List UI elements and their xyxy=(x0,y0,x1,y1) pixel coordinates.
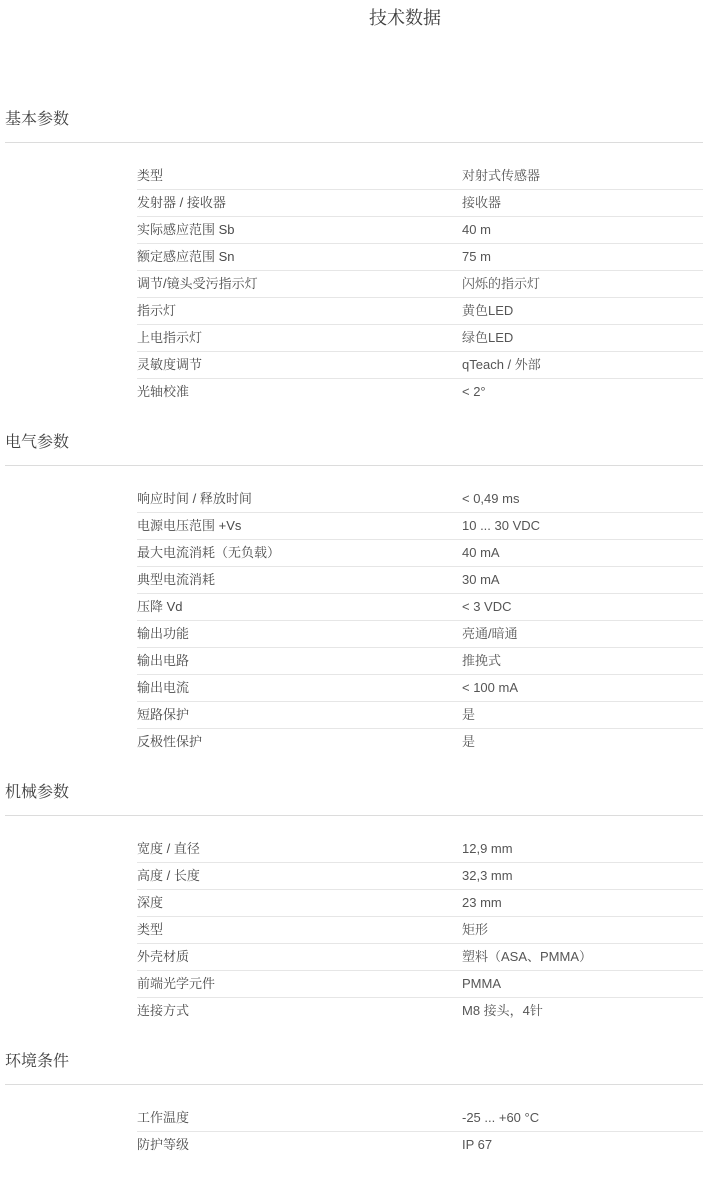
page-title: 技术数据 xyxy=(56,8,708,29)
spec-table: 宽度 / 直径12,9 mm高度 / 长度32,3 mm深度23 mm类型矩形外… xyxy=(137,836,703,1024)
spec-row-value: 40 m xyxy=(462,222,703,237)
spec-row-value: 40 mA xyxy=(462,545,703,560)
spec-row-label: 上电指示灯 xyxy=(137,330,462,345)
spec-row-value: 接收器 xyxy=(462,195,703,210)
spec-row-label: 调节/镜头受污指示灯 xyxy=(137,276,462,291)
spec-row-label: 光轴校准 xyxy=(137,384,462,399)
spec-row-label: 外壳材质 xyxy=(137,949,462,964)
spec-row-value: -25 ... +60 °C xyxy=(462,1110,703,1125)
spec-row-value: IP 67 xyxy=(462,1137,703,1152)
spec-section: 机械参数宽度 / 直径12,9 mm高度 / 长度32,3 mm深度23 mm类… xyxy=(5,783,703,1024)
spec-row-label: 输出电流 xyxy=(137,680,462,695)
spec-row-label: 响应时间 / 释放时间 xyxy=(137,491,462,506)
spec-row-value: 75 m xyxy=(462,249,703,264)
spec-row-value: 10 ... 30 VDC xyxy=(462,518,703,533)
section-heading: 电气参数 xyxy=(5,433,703,452)
spec-section: 环境条件工作温度-25 ... +60 °C防护等级IP 67 xyxy=(5,1052,703,1158)
section-heading: 机械参数 xyxy=(5,783,703,802)
spec-row-value: 矩形 xyxy=(462,922,703,937)
spec-row-label: 前端光学元件 xyxy=(137,976,462,991)
spec-row-label: 电源电压范围 +Vs xyxy=(137,518,462,533)
spec-table: 类型对射式传感器发射器 / 接收器接收器实际感应范围 Sb40 m额定感应范围 … xyxy=(137,163,703,405)
spec-table: 响应时间 / 释放时间< 0,49 ms电源电压范围 +Vs10 ... 30 … xyxy=(137,486,703,755)
spec-row: 响应时间 / 释放时间< 0,49 ms xyxy=(137,486,703,513)
spec-row-value: 32,3 mm xyxy=(462,868,703,883)
sections-container: 基本参数类型对射式传感器发射器 / 接收器接收器实际感应范围 Sb40 m额定感… xyxy=(5,110,703,1158)
spec-row-value: 30 mA xyxy=(462,572,703,587)
spec-row-value: PMMA xyxy=(462,976,703,991)
spec-row: 灵敏度调节qTeach / 外部 xyxy=(137,352,703,379)
spec-row: 防护等级IP 67 xyxy=(137,1132,703,1158)
spec-row-value: < 100 mA xyxy=(462,680,703,695)
spec-row: 高度 / 长度32,3 mm xyxy=(137,863,703,890)
spec-row-value: < 3 VDC xyxy=(462,599,703,614)
spec-row: 连接方式M8 接头，4针 xyxy=(137,998,703,1024)
spec-row-label: 指示灯 xyxy=(137,303,462,318)
spec-row: 输出电路推挽式 xyxy=(137,648,703,675)
spec-row: 调节/镜头受污指示灯闪烁的指示灯 xyxy=(137,271,703,298)
spec-row-label: 类型 xyxy=(137,922,462,937)
spec-row: 深度23 mm xyxy=(137,890,703,917)
spec-row-label: 连接方式 xyxy=(137,1003,462,1018)
spec-row-value: 12,9 mm xyxy=(462,841,703,856)
spec-section: 电气参数响应时间 / 释放时间< 0,49 ms电源电压范围 +Vs10 ...… xyxy=(5,433,703,755)
spec-row: 最大电流消耗（无负载）40 mA xyxy=(137,540,703,567)
spec-row-value: 23 mm xyxy=(462,895,703,910)
spec-row-value: 亮通/暗通 xyxy=(462,626,703,641)
spec-row: 发射器 / 接收器接收器 xyxy=(137,190,703,217)
spec-row-label: 输出功能 xyxy=(137,626,462,641)
spec-row: 宽度 / 直径12,9 mm xyxy=(137,836,703,863)
spec-row-label: 防护等级 xyxy=(137,1137,462,1152)
spec-row: 输出功能亮通/暗通 xyxy=(137,621,703,648)
spec-row-label: 典型电流消耗 xyxy=(137,572,462,587)
spec-row-value: 推挽式 xyxy=(462,653,703,668)
spec-row-value: 是 xyxy=(462,707,703,722)
spec-row: 前端光学元件PMMA xyxy=(137,971,703,998)
spec-row-label: 深度 xyxy=(137,895,462,910)
spec-row-value: 塑料（ASA、PMMA） xyxy=(462,949,703,964)
spec-row-label: 宽度 / 直径 xyxy=(137,841,462,856)
spec-row-label: 输出电路 xyxy=(137,653,462,668)
spec-row: 类型对射式传感器 xyxy=(137,163,703,190)
spec-row-value: 黄色LED xyxy=(462,303,703,318)
section-divider xyxy=(5,1084,703,1085)
spec-row-value: M8 接头，4针 xyxy=(462,1003,703,1018)
section-heading: 基本参数 xyxy=(5,110,703,129)
spec-row-label: 类型 xyxy=(137,168,462,183)
spec-row: 指示灯黄色LED xyxy=(137,298,703,325)
spec-row-value: < 2° xyxy=(462,384,703,399)
spec-table: 工作温度-25 ... +60 °C防护等级IP 67 xyxy=(137,1105,703,1158)
spec-row: 反极性保护是 xyxy=(137,729,703,755)
spec-row: 电源电压范围 +Vs10 ... 30 VDC xyxy=(137,513,703,540)
spec-row-label: 额定感应范围 Sn xyxy=(137,249,462,264)
section-divider xyxy=(5,465,703,466)
spec-row: 典型电流消耗30 mA xyxy=(137,567,703,594)
spec-row-label: 工作温度 xyxy=(137,1110,462,1125)
spec-row-value: 绿色LED xyxy=(462,330,703,345)
spec-row: 额定感应范围 Sn75 m xyxy=(137,244,703,271)
spec-row: 输出电流< 100 mA xyxy=(137,675,703,702)
spec-row-value: 闪烁的指示灯 xyxy=(462,276,703,291)
section-divider xyxy=(5,142,703,143)
spec-row: 类型矩形 xyxy=(137,917,703,944)
spec-row: 工作温度-25 ... +60 °C xyxy=(137,1105,703,1132)
technical-data-page: 技术数据 基本参数类型对射式传感器发射器 / 接收器接收器实际感应范围 Sb40… xyxy=(0,8,708,1198)
spec-row-label: 反极性保护 xyxy=(137,734,462,749)
spec-section: 基本参数类型对射式传感器发射器 / 接收器接收器实际感应范围 Sb40 m额定感… xyxy=(5,110,703,405)
spec-row-label: 实际感应范围 Sb xyxy=(137,222,462,237)
spec-row: 短路保护是 xyxy=(137,702,703,729)
spec-row-value: 对射式传感器 xyxy=(462,168,703,183)
spec-row: 上电指示灯绿色LED xyxy=(137,325,703,352)
spec-row-label: 短路保护 xyxy=(137,707,462,722)
spec-row-value: qTeach / 外部 xyxy=(462,357,703,372)
spec-row: 实际感应范围 Sb40 m xyxy=(137,217,703,244)
section-heading: 环境条件 xyxy=(5,1052,703,1071)
spec-row: 压降 Vd< 3 VDC xyxy=(137,594,703,621)
spec-row-value: 是 xyxy=(462,734,703,749)
spec-row-label: 发射器 / 接收器 xyxy=(137,195,462,210)
spec-row-label: 高度 / 长度 xyxy=(137,868,462,883)
spec-row-label: 压降 Vd xyxy=(137,599,462,614)
spec-row: 外壳材质塑料（ASA、PMMA） xyxy=(137,944,703,971)
section-divider xyxy=(5,815,703,816)
spec-row-label: 最大电流消耗（无负载） xyxy=(137,545,462,560)
spec-row-label: 灵敏度调节 xyxy=(137,357,462,372)
spec-row-value: < 0,49 ms xyxy=(462,491,703,506)
spec-row: 光轴校准< 2° xyxy=(137,379,703,405)
